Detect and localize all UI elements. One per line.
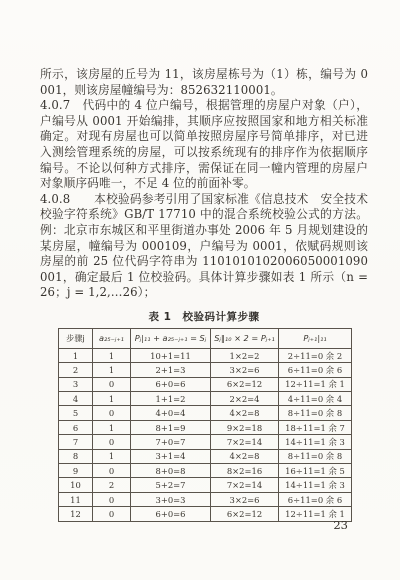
table-cell: 6+0=6	[131, 507, 211, 521]
table-cell: 5+2=7	[131, 478, 211, 492]
table-cell: 7+0=7	[131, 435, 211, 449]
table-cell: 7	[59, 435, 93, 449]
table-cell: 9	[59, 464, 93, 478]
table-cell: 2	[93, 478, 131, 492]
table-cell: 0	[93, 435, 131, 449]
table-cell: 6	[59, 420, 93, 434]
table-cell: 3×2=6	[211, 492, 279, 506]
table-cell: 11	[59, 492, 93, 506]
table-cell: 16÷11=1 余 5	[279, 464, 352, 478]
table-cell: 2×2=4	[211, 392, 279, 406]
table-cell: 3	[59, 377, 93, 391]
table-cell: 8	[59, 449, 93, 463]
page-number: 23	[333, 518, 348, 532]
table-cell: 9×2=18	[211, 420, 279, 434]
paragraph-4-0-8: 4.0.8 本校验码参考引用了国家标准《信息技术 安全技术 校验字符系统》GB/…	[40, 192, 368, 301]
table-cell: 1+1=2	[131, 392, 211, 406]
table-row: 5 0 4+0=4 4×2=8 8÷11=0 余 8	[59, 406, 352, 420]
table-row: 3 0 6+0=6 6×2=12 12÷11=1 余 1	[59, 377, 352, 391]
table-row: 7 0 7+0=7 7×2=14 14÷11=1 余 3	[59, 435, 352, 449]
document-page: 所示，该房屋的丘号为 11，该房屋栋号为（1）栋，编号为 0001，则该房屋幢编…	[0, 0, 400, 580]
table-cell: 18÷11=1 余 7	[279, 420, 352, 434]
table-cell: 3+1=4	[131, 449, 211, 463]
checkcode-calculation-table: 步骤j a₂₅₋ⱼ₊₁ Pⱼ|₁₁ + a₂₅₋ⱼ₊₁ = Sⱼ Sⱼ‖₁₀ ×…	[58, 328, 352, 522]
table-row: 11 0 3+0=3 3×2=6 6÷11=0 余 6	[59, 492, 352, 506]
table-cell: 1	[93, 348, 131, 362]
table-cell: 7×2=14	[211, 435, 279, 449]
table-row: 1 1 10+1=11 1×2=2 2÷11=0 余 2	[59, 348, 352, 362]
table-cell: 3×2=6	[211, 363, 279, 377]
table-cell: 0	[93, 464, 131, 478]
table-cell: 6÷11=0 余 6	[279, 492, 352, 506]
table-cell: 3+0=3	[131, 492, 211, 506]
table-cell: 6÷11=0 余 6	[279, 363, 352, 377]
table-cell: 5	[59, 406, 93, 420]
table-header-row: 步骤j a₂₅₋ⱼ₊₁ Pⱼ|₁₁ + a₂₅₋ⱼ₊₁ = Sⱼ Sⱼ‖₁₀ ×…	[59, 328, 352, 348]
table-cell: 4×2=8	[211, 449, 279, 463]
table-cell: 10+1=11	[131, 348, 211, 362]
header-digit: a₂₅₋ⱼ₊₁	[93, 328, 131, 348]
header-product-formula: Sⱼ‖₁₀ × 2 = Pⱼ₊₁	[211, 328, 279, 348]
paragraph-4-0-7: 4.0.7 代码中的 4 位户编号，根据管理的房屋户对象（户），户编号从 000…	[40, 98, 368, 192]
table-row: 8 1 3+1=4 4×2=8 8÷11=0 余 8	[59, 449, 352, 463]
body-text: 所示，该房屋的丘号为 11，该房屋栋号为（1）栋，编号为 0001，则该房屋幢编…	[40, 67, 368, 301]
header-mod-formula: Pⱼ₊₁|₁₁	[279, 328, 352, 348]
header-step: 步骤j	[59, 328, 93, 348]
table-cell: 4+0=4	[131, 406, 211, 420]
table-cell: 8×2=16	[211, 464, 279, 478]
table-cell: 1	[93, 392, 131, 406]
table-cell: 7×2=14	[211, 478, 279, 492]
table-cell: 10	[59, 478, 93, 492]
table-cell: 0	[93, 492, 131, 506]
paragraph-continuation: 所示，该房屋的丘号为 11，该房屋栋号为（1）栋，编号为 0001，则该房屋幢编…	[40, 67, 368, 98]
table-cell: 6×2=12	[211, 507, 279, 521]
table-row: 10 2 5+2=7 7×2=14 14÷11=1 余 3	[59, 478, 352, 492]
table-cell: 4	[59, 392, 93, 406]
table-cell: 1	[59, 348, 93, 362]
table-cell: 8÷11=0 余 8	[279, 406, 352, 420]
table-cell: 0	[93, 507, 131, 521]
table-cell: 12	[59, 507, 93, 521]
table-cell: 0	[93, 406, 131, 420]
table-cell: 2	[59, 363, 93, 377]
table-row: 9 0 8+0=8 8×2=16 16÷11=1 余 5	[59, 464, 352, 478]
table-cell: 8+1=9	[131, 420, 211, 434]
header-sum-formula: Pⱼ|₁₁ + a₂₅₋ⱼ₊₁ = Sⱼ	[131, 328, 211, 348]
table-row: 12 0 6+0=6 6×2=12 12÷11=1 余 1	[59, 507, 352, 521]
table-cell: 14÷11=1 余 3	[279, 478, 352, 492]
table-cell: 14÷11=1 余 3	[279, 435, 352, 449]
table-cell: 2+1=3	[131, 363, 211, 377]
table-cell: 6×2=12	[211, 377, 279, 391]
table-cell: 0	[93, 377, 131, 391]
table-cell: 1	[93, 420, 131, 434]
table-row: 4 1 1+1=2 2×2=4 4÷11=0 余 4	[59, 392, 352, 406]
table-cell: 1	[93, 449, 131, 463]
table-cell: 8+0=8	[131, 464, 211, 478]
table-cell: 4×2=8	[211, 406, 279, 420]
table-title: 表 1 校验码计算步骤	[40, 309, 368, 324]
table-cell: 8÷11=0 余 8	[279, 449, 352, 463]
table-cell: 2÷11=0 余 2	[279, 348, 352, 362]
table-cell: 12÷11=1 余 1	[279, 377, 352, 391]
table-cell: 1×2=2	[211, 348, 279, 362]
table-row: 6 1 8+1=9 9×2=18 18÷11=1 余 7	[59, 420, 352, 434]
table-cell: 4÷11=0 余 4	[279, 392, 352, 406]
table-row: 2 1 2+1=3 3×2=6 6÷11=0 余 6	[59, 363, 352, 377]
table-cell: 6+0=6	[131, 377, 211, 391]
table-cell: 1	[93, 363, 131, 377]
